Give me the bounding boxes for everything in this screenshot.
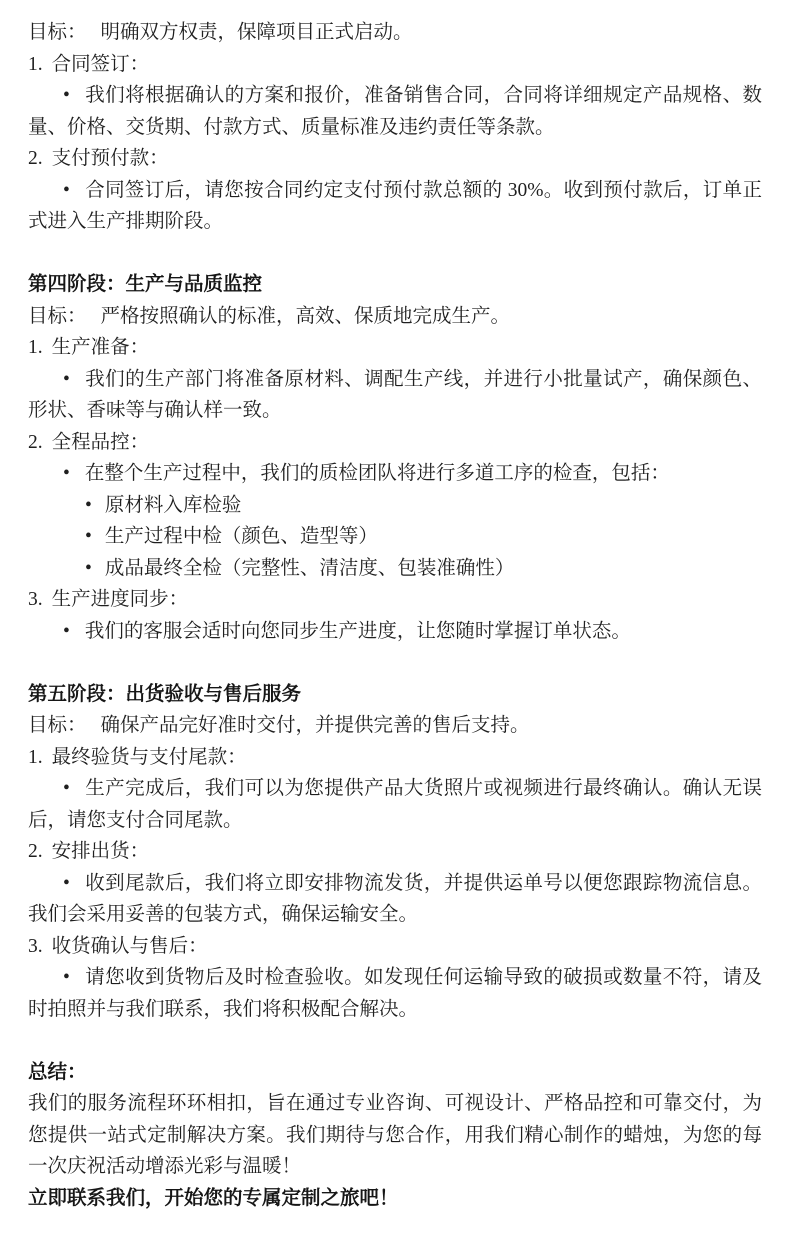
item-title: 生产准备： [52,337,150,358]
bullet-item: •我们的客服会适时向您同步生产进度，让您随时掌握订单状态。 [28,616,762,648]
numbered-item: 3.生产进度同步： [28,584,762,616]
bullet-text: 成品最终全检（完整性、清洁度、包装准确性） [105,558,515,579]
numbered-item: 2.全程品控： [28,427,762,459]
bullet-text: 合同签订后，请您按合同约定支付预付款总额的 30%。收到预付款后，订单正式进入生… [28,180,762,233]
numbered-item: 1.最终验货与支付尾款： [28,742,762,774]
bullet-marker-icon: • [85,526,92,547]
section-heading: 第五阶段：出货验收与售后服务 [28,679,762,711]
sub-bullet-item: •成品最终全检（完整性、清洁度、包装准确性） [28,553,762,585]
bullet-marker-icon: • [63,180,70,201]
bullet-text: 在整个生产过程中，我们的质检团队将进行多道工序的检查，包括： [85,463,670,484]
bullet-marker-icon: • [63,621,70,642]
item-title: 合同签订： [52,54,150,75]
bullet-text: 生产完成后，我们可以为您提供产品大货照片或视频进行最终确认。确认无误后，请您支付… [28,778,762,831]
bullet-item: •合同签订后，请您按合同约定支付预付款总额的 30%。收到预付款后，订单正式进入… [28,175,762,238]
paragraph-spacer [28,1025,762,1057]
bullet-text: 收到尾款后，我们将立即安排物流发货，并提供运单号以便您跟踪物流信息。我们会采用妥… [28,873,762,926]
numbered-item: 1.生产准备： [28,332,762,364]
goal-text: 严格按照确认的标准，高效、保质地完成生产。 [101,306,511,327]
numbered-item: 2.安排出货： [28,836,762,868]
item-title: 收货确认与售后： [52,936,208,957]
numbered-item: 1.合同签订： [28,49,762,81]
bullet-item: •在整个生产过程中，我们的质检团队将进行多道工序的检查，包括： [28,458,762,490]
document-page: 目标：明确双方权责，保障项目正式启动。1.合同签订：•我们将根据确认的方案和报价… [0,0,790,1214]
bullet-text: 原材料入库检验 [105,495,242,516]
bullet-item: •请您收到货物后及时检查验收。如发现任何运输导致的破损或数量不符，请及时拍照并与… [28,962,762,1025]
item-number: 1. [28,337,43,358]
item-title: 最终验货与支付尾款： [52,747,247,768]
bullet-item: •收到尾款后，我们将立即安排物流发货，并提供运单号以便您跟踪物流信息。我们会采用… [28,868,762,931]
goal-label: 目标： [28,715,87,736]
goal-line: 目标：明确双方权责，保障项目正式启动。 [28,17,762,49]
bullet-item: •我们将根据确认的方案和报价，准备销售合同，合同将详细规定产品规格、数量、价格、… [28,80,762,143]
bullet-marker-icon: • [63,778,70,799]
bullet-marker-icon: • [63,369,70,390]
bullet-text: 生产过程中检（颜色、造型等） [105,526,378,547]
item-title: 支付预付款： [52,148,169,169]
item-title: 生产进度同步： [52,589,189,610]
bullet-item: •生产完成后，我们可以为您提供产品大货照片或视频进行最终确认。确认无误后，请您支… [28,773,762,836]
item-title: 全程品控： [52,432,150,453]
item-number: 2. [28,841,43,862]
item-number: 3. [28,936,43,957]
bullet-marker-icon: • [85,495,92,516]
goal-label: 目标： [28,22,87,43]
bullet-text: 请您收到货物后及时检查验收。如发现任何运输导致的破损或数量不符，请及时拍照并与我… [28,967,762,1020]
paragraph-spacer [28,238,762,270]
goal-text: 确保产品完好准时交付，并提供完善的售后支持。 [101,715,530,736]
goal-line: 目标：严格按照确认的标准，高效、保质地完成生产。 [28,301,762,333]
bullet-text: 我们的生产部门将准备原材料、调配生产线，并进行小批量试产，确保颜色、形状、香味等… [28,369,762,422]
item-title: 安排出货： [52,841,150,862]
body-paragraph: 我们的服务流程环环相扣，旨在通过专业咨询、可视设计、严格品控和可靠交付，为您提供… [28,1088,762,1183]
closing-cta: 立即联系我们，开始您的专属定制之旅吧！ [28,1183,762,1215]
bullet-item: •我们的生产部门将准备原材料、调配生产线，并进行小批量试产，确保颜色、形状、香味… [28,364,762,427]
item-number: 3. [28,589,43,610]
sub-bullet-item: •生产过程中检（颜色、造型等） [28,521,762,553]
goal-text: 明确双方权责，保障项目正式启动。 [101,22,413,43]
bullet-marker-icon: • [63,873,70,894]
item-number: 2. [28,148,43,169]
goal-label: 目标： [28,306,87,327]
section-heading: 总结： [28,1057,762,1089]
bullet-text: 我们的客服会适时向您同步生产进度，让您随时掌握订单状态。 [85,621,631,642]
bullet-marker-icon: • [63,463,70,484]
item-number: 1. [28,54,43,75]
goal-line: 目标：确保产品完好准时交付，并提供完善的售后支持。 [28,710,762,742]
section-heading: 第四阶段：生产与品质监控 [28,269,762,301]
item-number: 2. [28,432,43,453]
numbered-item: 2.支付预付款： [28,143,762,175]
bullet-marker-icon: • [63,85,70,106]
paragraph-spacer [28,647,762,679]
numbered-item: 3.收货确认与售后： [28,931,762,963]
item-number: 1. [28,747,43,768]
sub-bullet-item: •原材料入库检验 [28,490,762,522]
bullet-marker-icon: • [85,558,92,579]
bullet-text: 我们将根据确认的方案和报价，准备销售合同，合同将详细规定产品规格、数量、价格、交… [28,85,762,138]
bullet-marker-icon: • [63,967,70,988]
